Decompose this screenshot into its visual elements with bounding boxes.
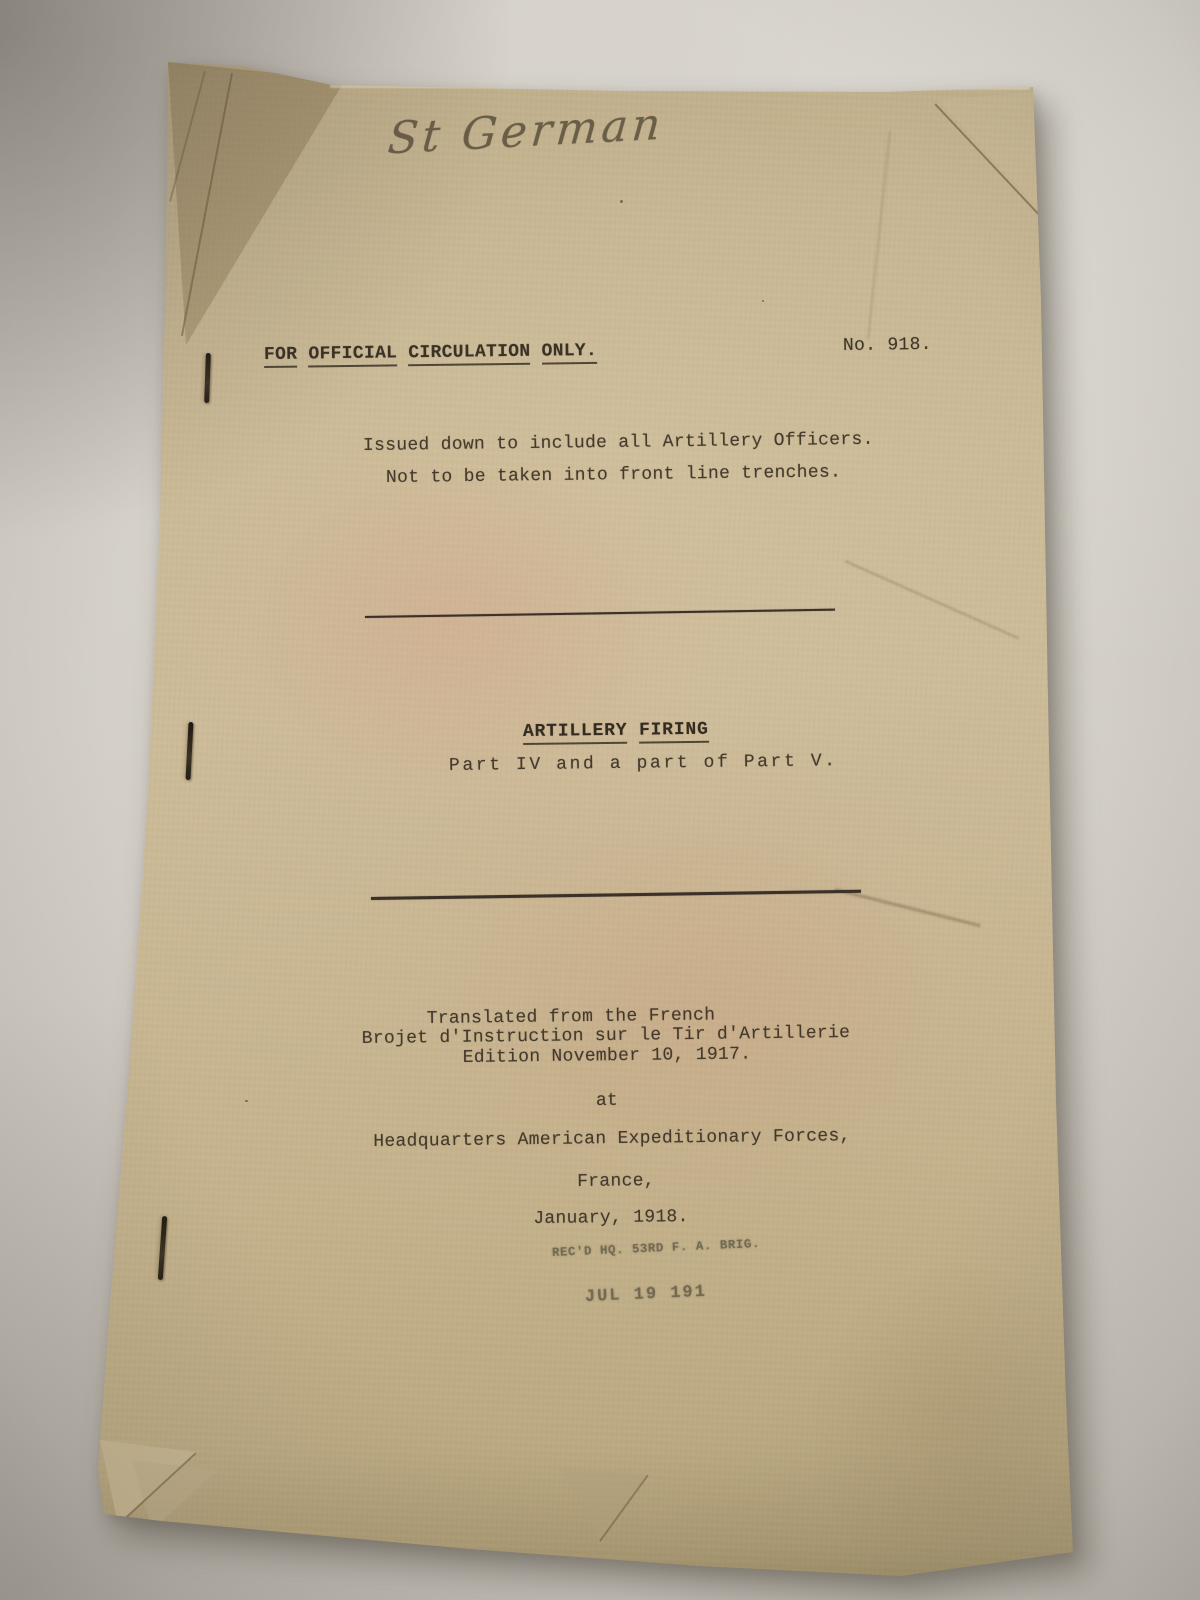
wrinkle-mark (867, 131, 891, 340)
distribution-notice-line: Not to be taken into front line trenches… (386, 463, 841, 487)
imprint-line: January, 1918. (533, 1208, 689, 1228)
imprint-line: at (596, 1092, 618, 1110)
top-left-corner-fold (0, 0, 1200, 1600)
distribution-notice-line: Issued down to include all Artillery Off… (363, 431, 874, 455)
paper-edge-highlight (330, 84, 1030, 90)
scratch-mark (845, 560, 1019, 639)
classification-line: FOR OFFICIAL CIRCULATION ONLY. (264, 342, 597, 364)
imprint-line: France, (577, 1172, 655, 1191)
paper-speck (245, 1100, 248, 1102)
document-number: No. 918. (843, 336, 932, 355)
separator-rule (365, 609, 835, 618)
document-paper: St German FOR OFFICIAL CIRCULATION ONLY.… (0, 0, 1200, 1600)
staple (185, 722, 193, 780)
received-stamp-date: JUL 19 191 (585, 1283, 708, 1307)
paper-speck (762, 300, 764, 302)
document-subtitle: Part IV and a part of Part V. (449, 752, 838, 775)
document-title: ARTILLERY FIRING (523, 721, 709, 741)
photo-background: St German FOR OFFICIAL CIRCULATION ONLY.… (0, 0, 1200, 1600)
handwritten-note: St German (386, 99, 666, 165)
paper-shadow-wrap: St German FOR OFFICIAL CIRCULATION ONLY.… (0, 0, 1200, 1600)
imprint-line: Brojet d'Instruction sur le Tir d'Artill… (362, 1024, 851, 1048)
imprint-line: Edition November 10, 1917. (463, 1045, 752, 1067)
separator-rule (371, 890, 861, 900)
received-stamp-line: REC'D HQ. 53RD F. A. BRIG. (552, 1237, 760, 1260)
staple (204, 353, 211, 403)
staple (158, 1216, 167, 1280)
paper-speck (620, 200, 623, 203)
imprint-line: Headquarters American Expeditionary Forc… (373, 1127, 851, 1151)
paper-stain (520, 840, 940, 1160)
paper-stain (820, 1270, 1100, 1590)
scratch-mark (835, 888, 981, 927)
